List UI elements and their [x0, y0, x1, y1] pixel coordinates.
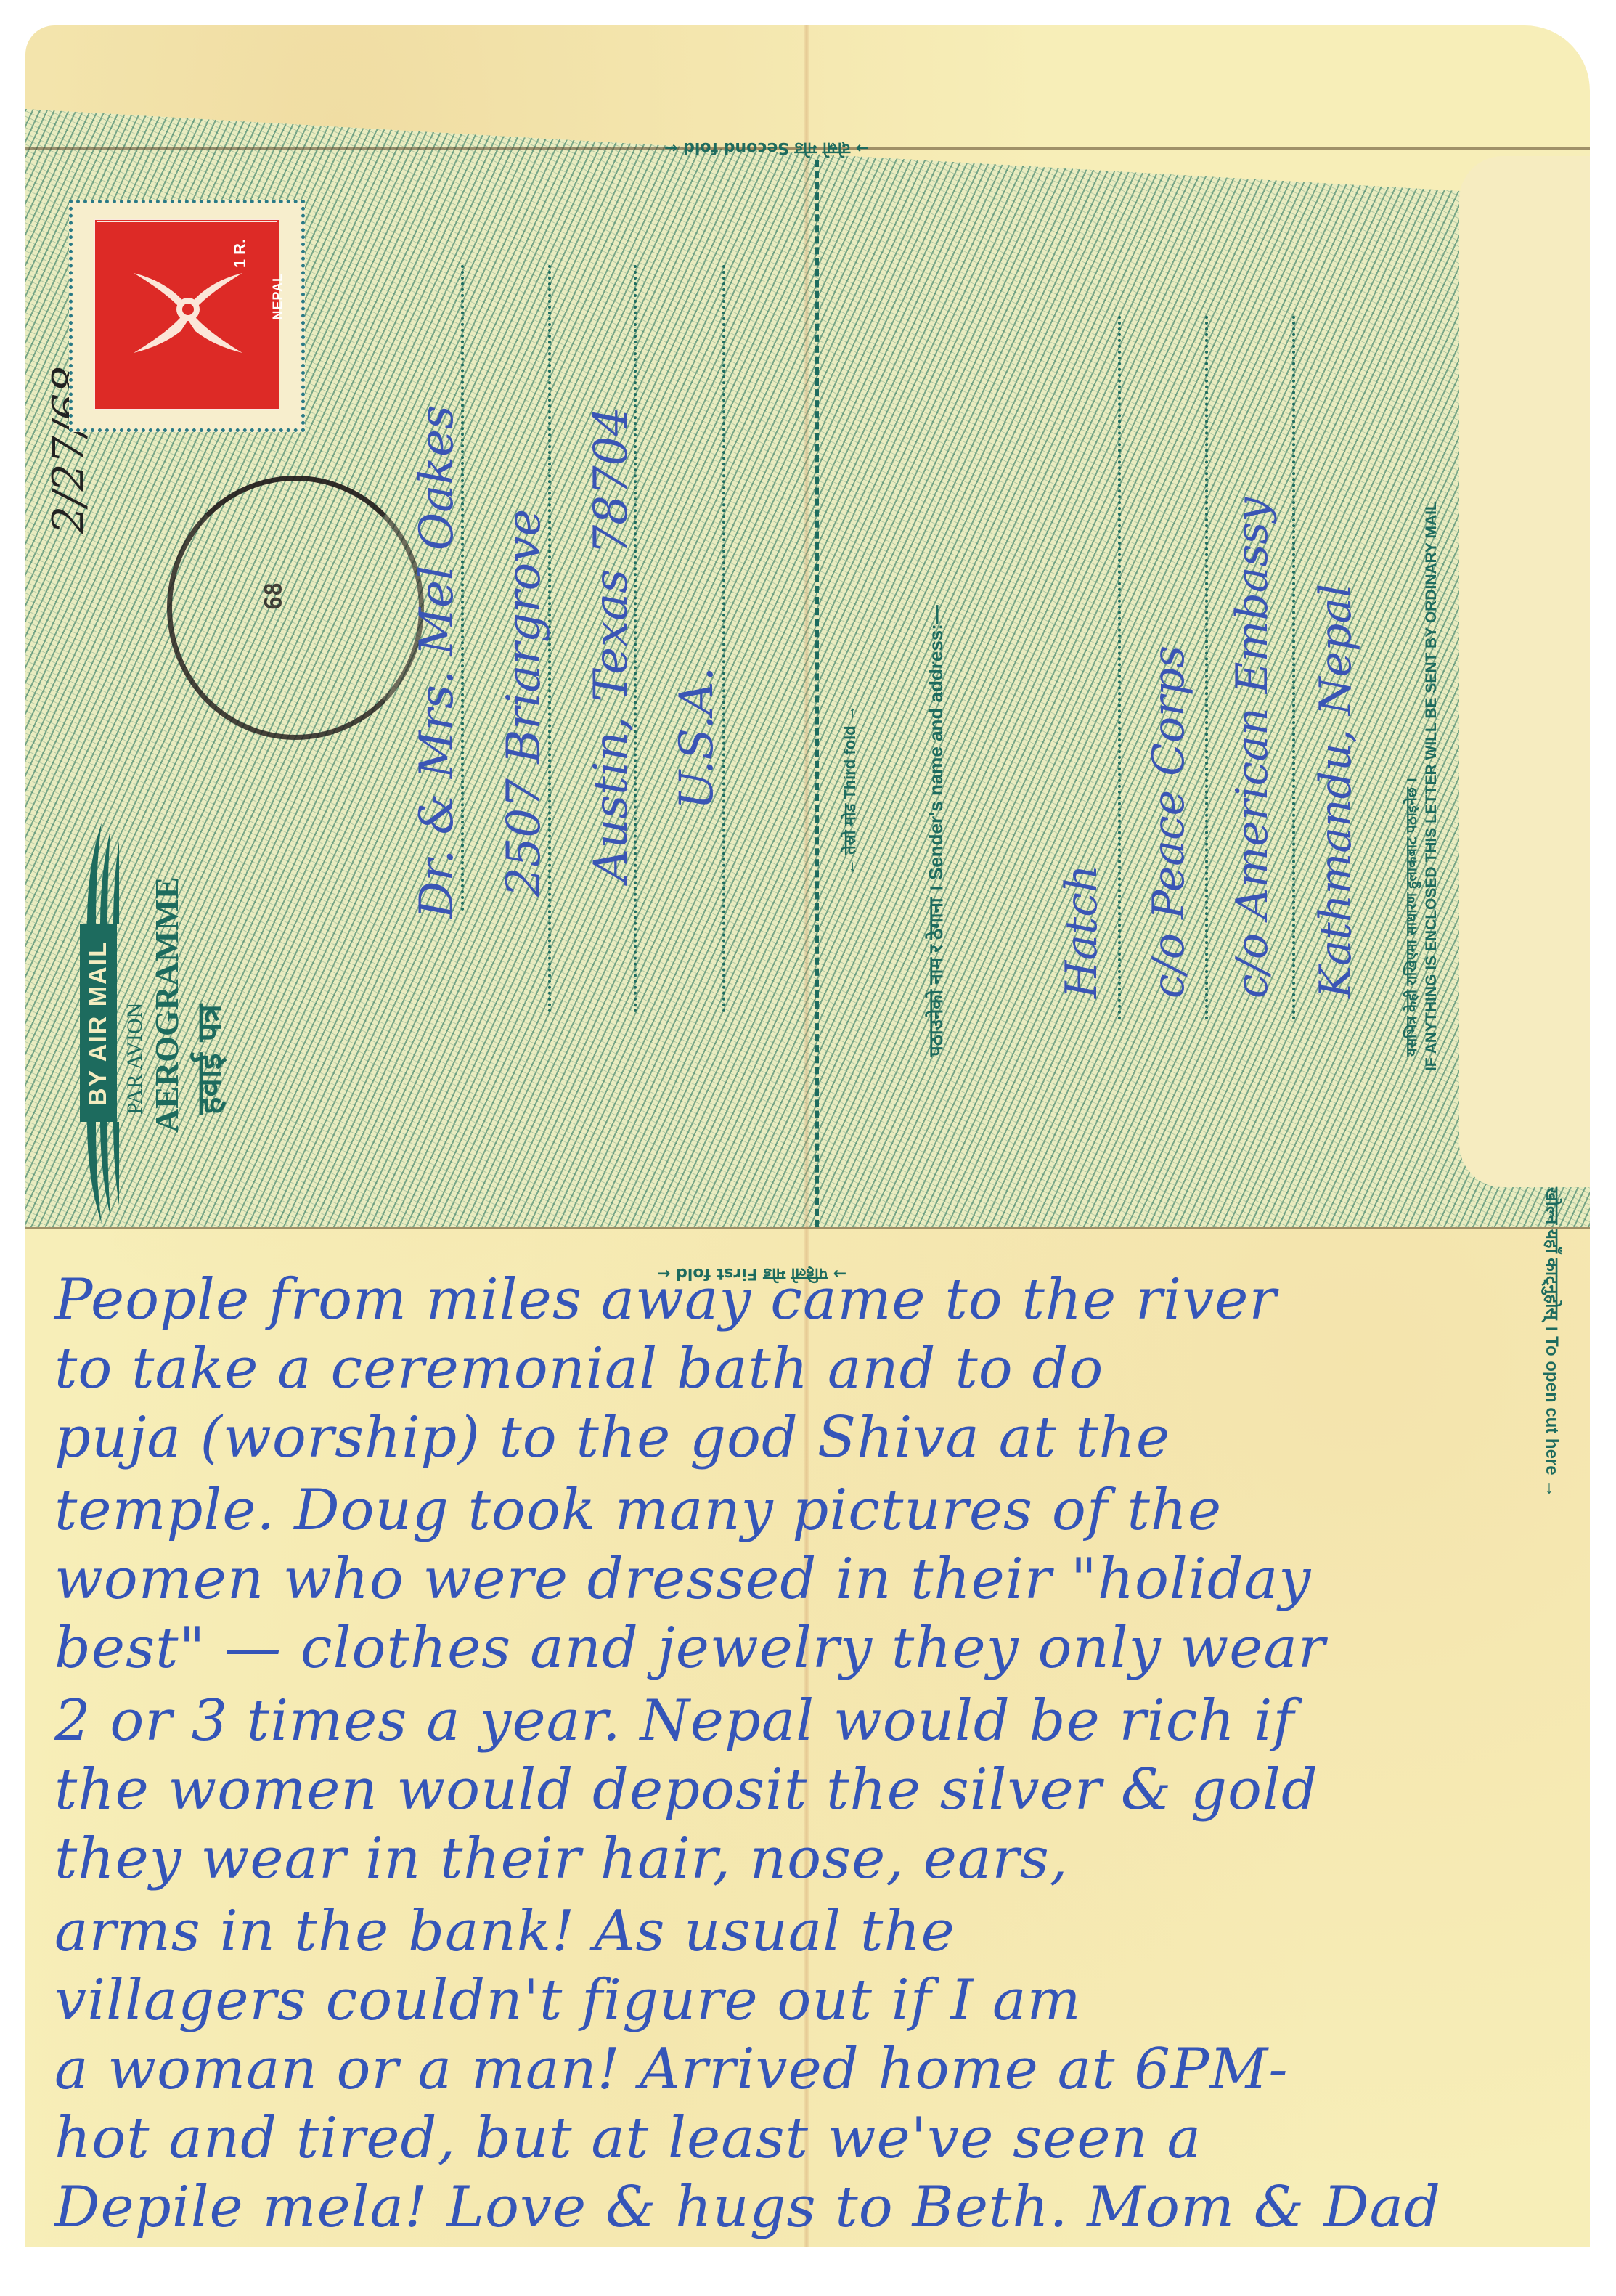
postmark-text: 68	[259, 582, 287, 611]
arrow-right-icon: ←	[664, 139, 683, 157]
sender-line-2: c/o Peace Corps	[1143, 646, 1194, 998]
letter-line: they wear in their hair, nose, ears,	[54, 1826, 1069, 1892]
letter-line: temple. Doug took many pictures of the	[54, 1478, 1222, 1543]
stamp-design: 1 R. NEPAL	[94, 219, 279, 410]
garuda-icon	[126, 251, 250, 375]
open-cut-instruction: खोल्न यहाँ काट्नुहोस् । To open cut here…	[1540, 1187, 1564, 1497]
sealing-flap	[1459, 156, 1590, 1187]
third-fold-line	[815, 160, 819, 1227]
recipient-line-3: Austin, Texas 78704	[584, 407, 638, 882]
letter-line: to take a ceremonial bath and to do	[54, 1336, 1103, 1401]
recipient-line-2: 2507 Briargrove	[497, 509, 551, 897]
second-fold-label: → दोस्रो मोड Second fold ←	[664, 138, 869, 160]
aerogramme-title: AEROGRAMME	[147, 823, 186, 1133]
airmail-branding: BY AIR MAIL PAR AVION AEROGRAMME हवाई पत…	[80, 823, 231, 1224]
letter-line: puja (worship) to the god Shiva at the	[54, 1405, 1170, 1470]
letter-line: a woman or a man! Arrived home at 6PM-	[54, 2037, 1289, 2102]
third-fold-label: ← तेस्रो मोड Third fold →	[838, 705, 860, 875]
arrow-left-icon: →	[850, 139, 869, 157]
stamp-value: 1 R.	[231, 239, 250, 268]
sender-label: पठाउनेको नाम र ठेगाना । Sender's name an…	[922, 605, 948, 1057]
enclosure-notice: IF ANYTHING IS ENCLOSED THIS LETTER WILL…	[1423, 501, 1440, 1071]
letter-line: Depile mela! Love & hugs to Beth. Mom & …	[54, 2175, 1441, 2240]
letter-line: arms in the bank! As usual the	[54, 1899, 955, 1964]
letter-line: the women would deposit the silver & gol…	[54, 1757, 1318, 1823]
sender-line-3: c/o American Embassy	[1227, 497, 1278, 998]
sender-line-1: Hatch	[1056, 865, 1107, 998]
wing-right-icon	[80, 823, 123, 924]
stamp-country: NEPAL	[271, 273, 286, 320]
postmark: 68	[167, 476, 424, 740]
enclosure-notice-nepali: यसभित्र केही राखिएमा साधारण हुलाकबाट पठा…	[1401, 778, 1421, 1057]
address-guide-line	[722, 265, 725, 1013]
letter-line: best" — clothes and jewelry they only we…	[54, 1616, 1326, 1681]
letter-line: People from miles away came to the river	[54, 1267, 1277, 1332]
wing-left-icon	[80, 1122, 123, 1224]
sender-guide-line	[1205, 316, 1208, 1020]
sender-guide-line	[1292, 316, 1295, 1020]
recipient-line-4: U.S.A.	[670, 667, 724, 810]
sender-guide-line	[1118, 316, 1121, 1020]
recipient-line-1: Dr. & Mrs. Mel Oakes	[410, 405, 464, 919]
arrow-up-icon: →	[841, 705, 859, 725]
aerogramme-title-nepali: हवाई पत्र	[186, 823, 231, 1115]
letter-line: women who were dressed in their "holiday	[54, 1547, 1311, 1612]
sender-line-4: Kathmandu, Nepal	[1310, 584, 1361, 998]
letter-line: 2 or 3 times a year. Nepal would be rich…	[54, 1688, 1294, 1754]
arrow-down-icon: ←	[841, 855, 859, 875]
arrow-down-icon: →	[1542, 1475, 1562, 1498]
letter-line: hot and tired, but at least we've seen a	[54, 2106, 1201, 2171]
postage-stamp: 1 R. NEPAL	[69, 200, 305, 432]
by-air-mail-badge: BY AIR MAIL	[80, 924, 117, 1122]
letter-line: villagers couldn't figure out if I am	[54, 1968, 1081, 2033]
par-avion-label: PAR AVION	[123, 823, 147, 1115]
